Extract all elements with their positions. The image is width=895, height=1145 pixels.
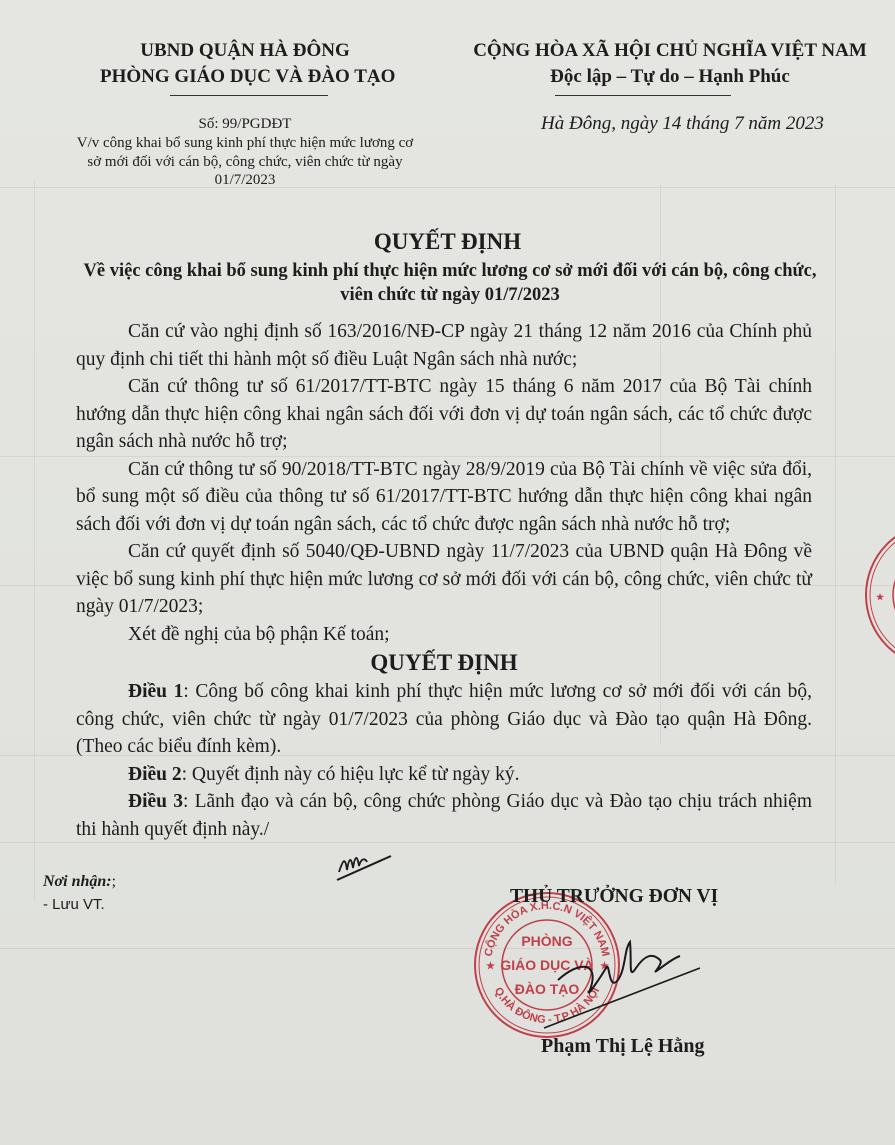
- authority-line-1: UBND QUẬN HÀ ĐÔNG: [100, 38, 390, 64]
- article-label: Điều 2: [128, 764, 182, 785]
- header-left-rule: [170, 95, 328, 96]
- article-label: Điều 1: [128, 681, 183, 702]
- document-number: Số: 99/PGDĐT: [100, 115, 390, 134]
- place-date: Hà Đông, ngày 14 tháng 7 năm 2023: [541, 113, 824, 135]
- signer-name: Phạm Thị Lệ Hằng: [541, 1035, 705, 1058]
- article-label: Điều 3: [128, 791, 183, 812]
- preamble-paragraph: Xét đề nghị của bộ phận Kế toán;: [76, 621, 812, 649]
- country-name: CỘNG HÒA XÃ HỘI CHỦ NGHĨA VIỆT NAM: [460, 38, 880, 64]
- article-1: Điều 1: Công bố công khai kinh phí thực …: [76, 678, 812, 761]
- motto: Độc lập – Tự do – Hạnh Phúc: [460, 64, 880, 90]
- signature-icon: [540, 920, 710, 1030]
- article-text: : Công bố công khai kinh phí thực hiện m…: [76, 681, 812, 757]
- article-2: Điều 2: Quyết định này có hiệu lực kể từ…: [76, 761, 812, 789]
- article-text: : Quyết định này có hiệu lực kể từ ngày …: [182, 764, 520, 785]
- signer-title: THỦ TRƯỞNG ĐƠN VỊ: [510, 886, 718, 908]
- recipient-item: - Lưu VT.: [43, 896, 105, 913]
- document-title: QUYẾT ĐỊNH: [0, 229, 895, 255]
- national-motto: CỘNG HÒA XÃ HỘI CHỦ NGHĨA VIỆT NAM Độc l…: [460, 38, 880, 90]
- article-text: : Lãnh đạo và cán bộ, công chức phòng Gi…: [76, 791, 812, 840]
- preamble-paragraph: Căn cứ thông tư số 90/2018/TT-BTC ngày 2…: [76, 456, 812, 539]
- recipients-label-text: Nơi nhận:: [43, 873, 112, 890]
- document-subject: V/v công khai bổ sung kinh phí thực hiện…: [74, 134, 416, 190]
- svg-text:★: ★: [876, 592, 885, 602]
- decision-heading: QUYẾT ĐỊNH: [76, 648, 812, 678]
- recipients-label: Nơi nhận:;: [43, 873, 116, 891]
- article-3: Điều 3: Lãnh đạo và cán bộ, công chức ph…: [76, 788, 812, 843]
- document-body: Căn cứ vào nghị định số 163/2016/NĐ-CP n…: [76, 318, 812, 843]
- document-page: UBND QUẬN HÀ ĐÔNG PHÒNG GIÁO DỤC VÀ ĐÀO …: [0, 0, 895, 1145]
- authority-line-2: PHÒNG GIÁO DỤC VÀ ĐÀO TẠO: [100, 64, 390, 90]
- show-through-line: [0, 948, 895, 949]
- preamble-paragraph: Căn cứ vào nghị định số 163/2016/NĐ-CP n…: [76, 318, 812, 373]
- page-seal-partial-icon: ★: [858, 520, 895, 670]
- preamble-paragraph: Căn cứ quyết định số 5040/QĐ-UBND ngày 1…: [76, 538, 812, 621]
- show-through-line: [34, 180, 35, 900]
- recipients-label-suffix: ;: [112, 873, 116, 890]
- preamble-paragraph: Căn cứ thông tư số 61/2017/TT-BTC ngày 1…: [76, 373, 812, 456]
- issuing-authority: UBND QUẬN HÀ ĐÔNG PHÒNG GIÁO DỤC VÀ ĐÀO …: [100, 38, 390, 90]
- initials-scribble-icon: [335, 848, 395, 884]
- svg-text:★: ★: [486, 961, 495, 972]
- document-title-subtitle: Về việc công khai bổ sung kinh phí thực …: [70, 259, 830, 307]
- show-through-line: [835, 185, 836, 885]
- header-right-rule: [555, 95, 731, 96]
